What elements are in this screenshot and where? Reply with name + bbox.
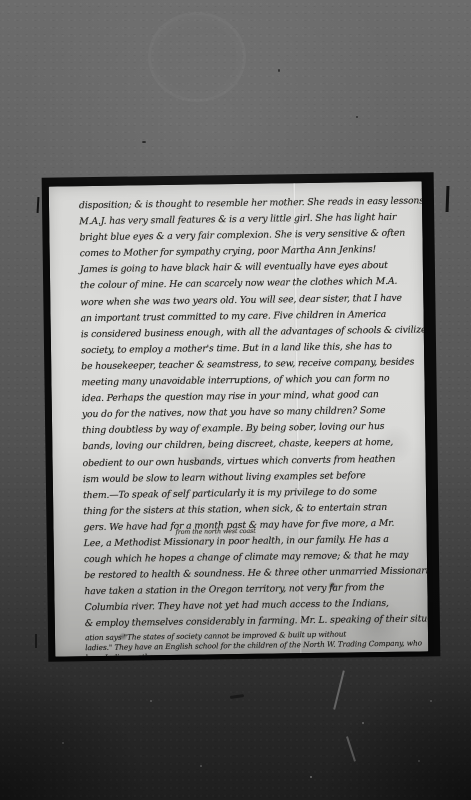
letter-page: disposition; & is thought to resemble he… (49, 181, 429, 656)
letter-line-text: obedient to our own husbands, virtues wh… (83, 453, 396, 468)
dust-speck (150, 700, 152, 702)
letter-line-text: idea. Perhaps the question may rise in y… (82, 389, 379, 404)
dust-speck (418, 760, 420, 762)
dust-speck (430, 700, 432, 702)
letter-line-text: cough which he hopes a change of climate… (84, 550, 409, 566)
letter-line-text: meeting many unavoidable interruptions, … (81, 373, 389, 388)
film-speck (278, 69, 280, 72)
letter-line-text: comes to Mother for sympathy crying, poo… (80, 244, 377, 259)
letter-line-text: Lee, a Methodist Missionary in poor heal… (84, 534, 389, 549)
letter-line-text: wore when she was two years old. You wil… (80, 292, 402, 307)
letter-line-text: an important trust committed to my care.… (81, 309, 387, 324)
letter-line-text: is considered business enough, with all … (81, 324, 429, 340)
letter-line-text: thing doubtless by way of example. By be… (82, 421, 384, 436)
letter-line-text: have taken a station in the Oregon terri… (84, 582, 384, 597)
film-speck (356, 116, 358, 118)
interlinear-insertion: from the north west coast (176, 529, 256, 536)
letter-line-text: be housekeeper, teacher & seamstress, to… (81, 356, 414, 372)
dust-speck (362, 722, 364, 724)
letter-line-text: bands, loving our children, being discre… (82, 437, 393, 452)
letter-line-text: you do for the natives, now that you hav… (82, 405, 386, 420)
film-speck (142, 141, 146, 143)
letter-line-text: the colour of mine. He can scarcely now … (80, 276, 397, 291)
letter-line-text: ism would be slow to learn without livin… (83, 470, 366, 485)
letter-line-text: Columbia river. They have not yet had mu… (85, 598, 389, 613)
dust-speck (200, 765, 202, 767)
dust-speck (310, 776, 312, 778)
letter-line-text: society, to employ a mother's time. But … (81, 341, 392, 356)
letter-line-text: James is going to have black hair & will… (80, 260, 388, 275)
letter-line-text: bright blue eyes & a very fair complexio… (79, 228, 405, 244)
letter-line-text: them.—To speak of self particularly it i… (83, 486, 377, 501)
letter-line-text: be restored to health & soundness. He & … (84, 565, 428, 581)
letter-line-text: thing for the sisters at this station, w… (83, 502, 387, 517)
letter-line-text: M.A.J. has very small features & is a ve… (79, 212, 396, 227)
letter-line-text: & employ themselves considerably in farm… (85, 614, 428, 630)
lens-halo (148, 12, 246, 102)
letter-line-text: disposition; & is thought to resemble he… (79, 195, 427, 211)
microfilm-frame: disposition; & is thought to resemble he… (0, 0, 471, 800)
dust-speck (62, 742, 64, 744)
letter-text: disposition; & is thought to resemble he… (79, 193, 425, 656)
film-mark (35, 634, 37, 648)
